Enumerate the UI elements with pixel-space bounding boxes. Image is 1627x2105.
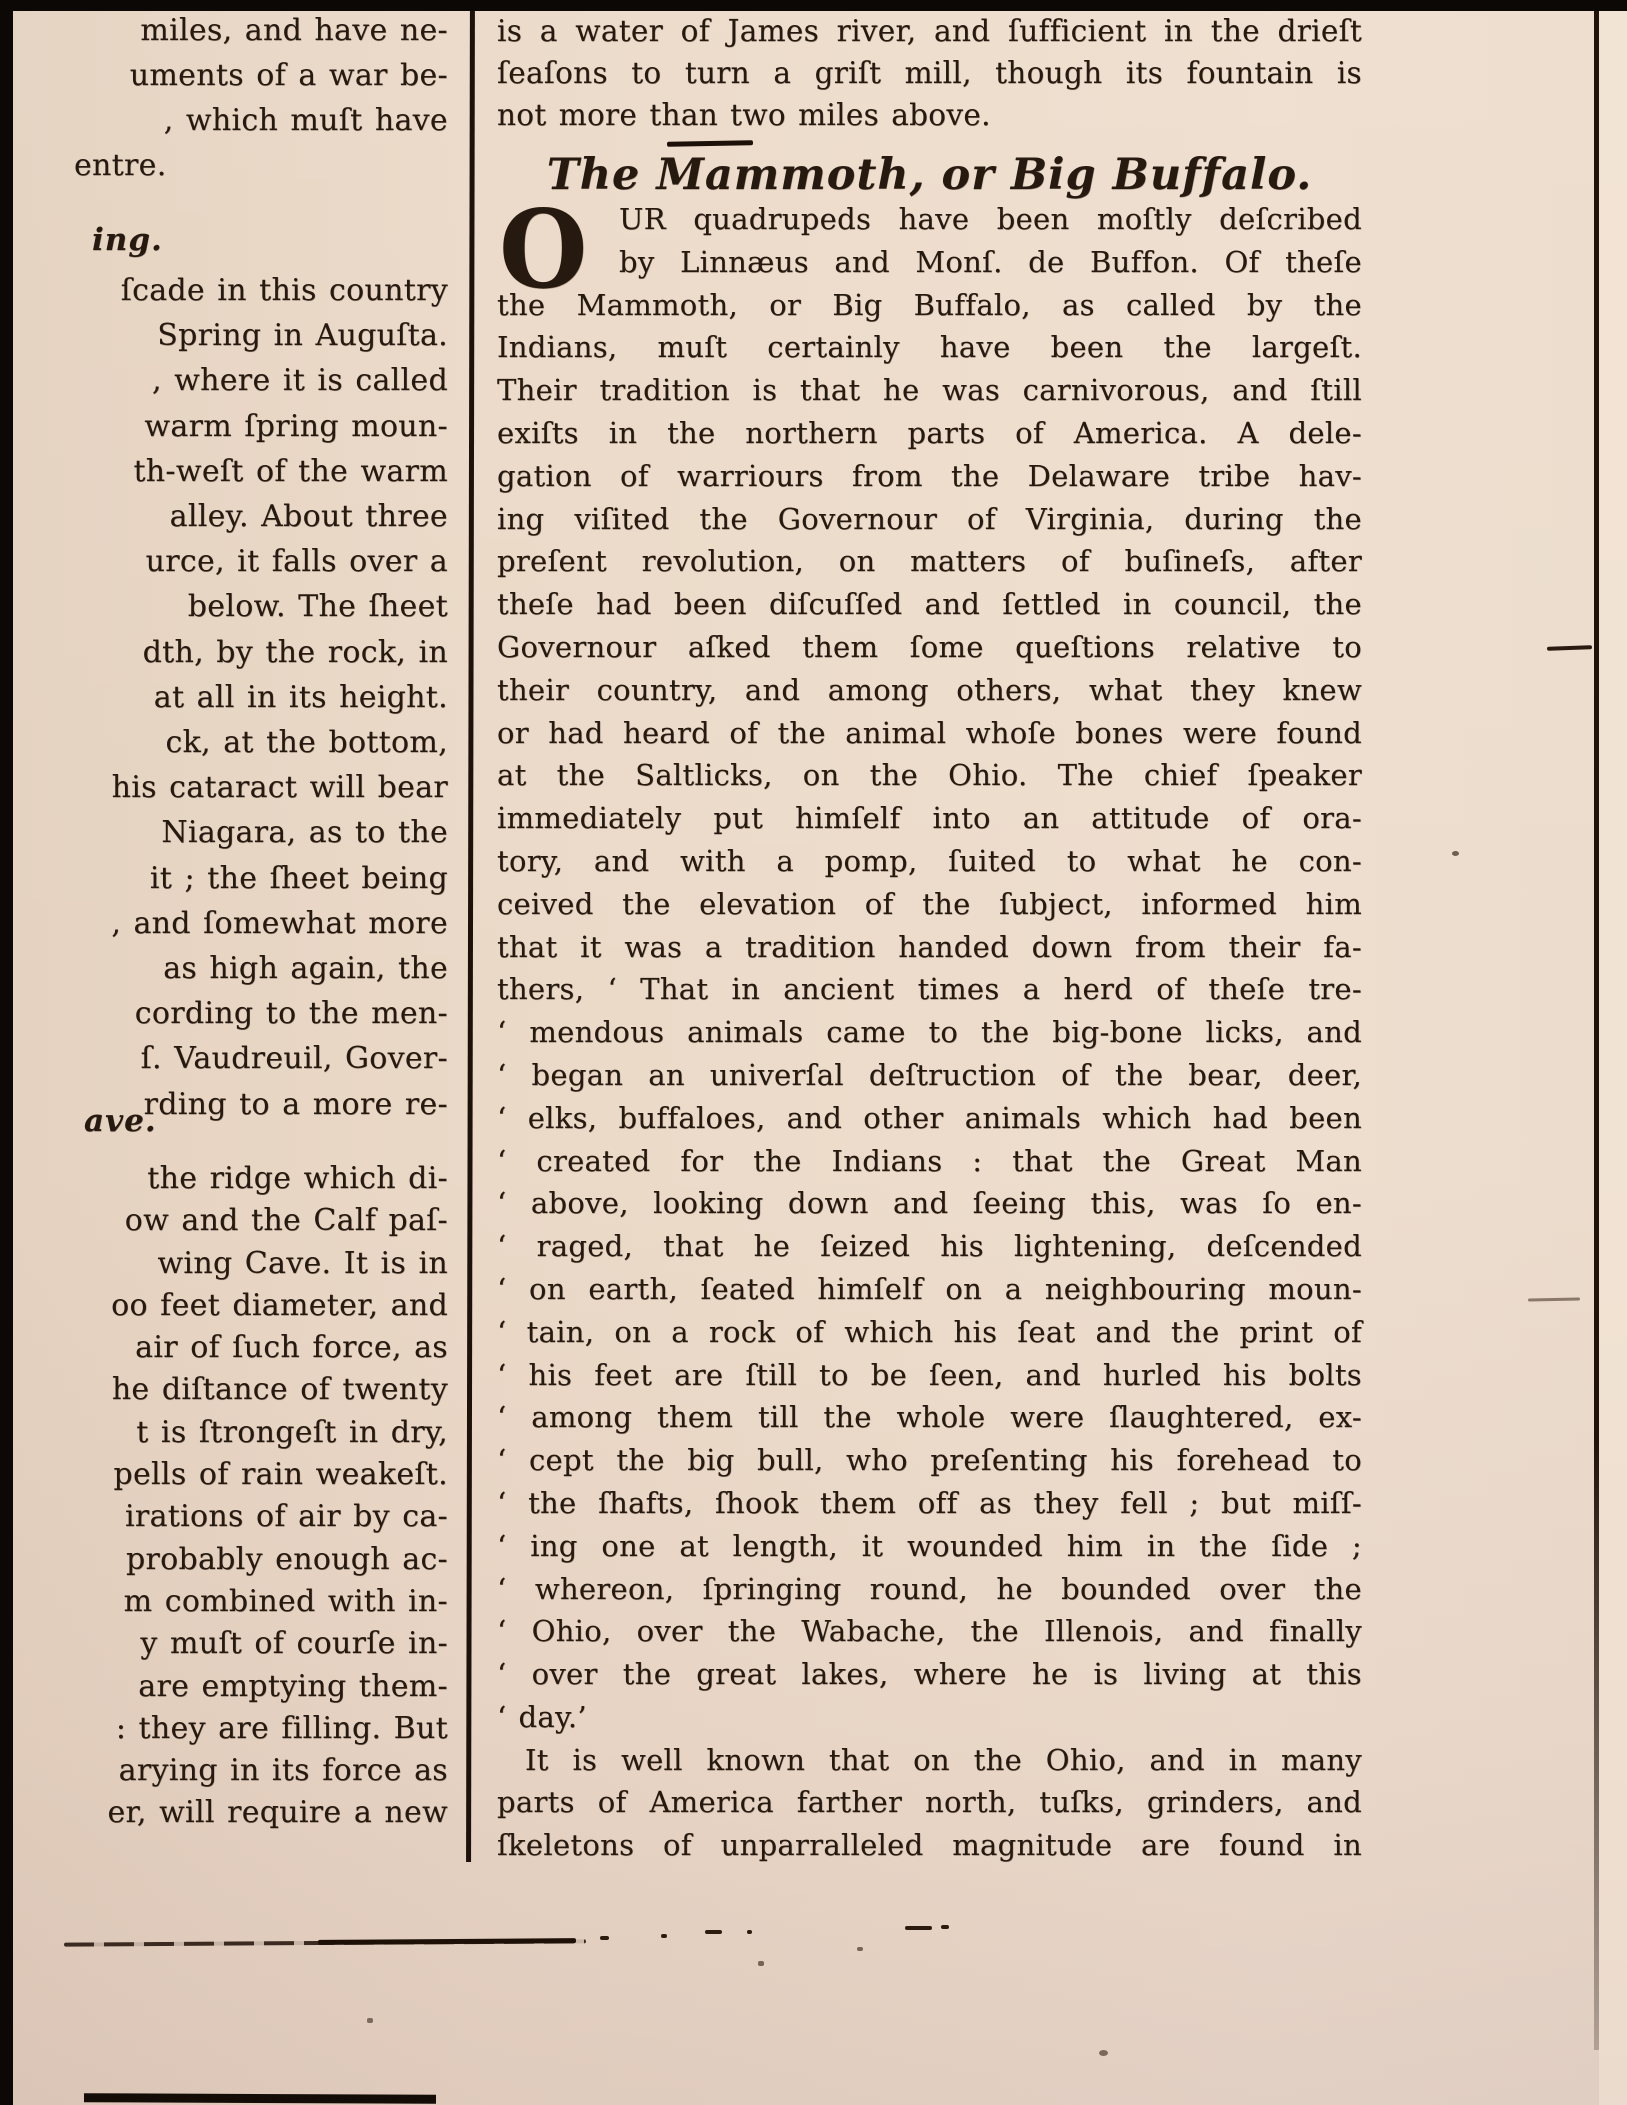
column-divider-rule [466, 0, 475, 1862]
text-line: ‘ above, looking down and ſeeing this, w… [497, 1182, 1362, 1225]
text-line: : they are filling. But [70, 1708, 448, 1750]
text-line: Spring in Auguſta. [70, 313, 448, 358]
text-line: ſcade in this country [70, 268, 448, 313]
ink-speck [747, 1930, 752, 1934]
text-line: , where it is called [70, 358, 448, 403]
text-line: urce, it falls over a [70, 539, 448, 584]
text-line: that it was a tradition handed down from… [497, 926, 1362, 969]
text-line: ‘ elks, buffaloes, and other animals whi… [497, 1097, 1362, 1140]
text-line: at the Saltlicks, on the Ohio. The chief… [497, 754, 1362, 797]
scan-border-top [0, 0, 1627, 11]
left-paragraph-3: the ridge which di-ow and the Calf paſ-w… [70, 1158, 448, 1835]
right-margin-rule [1594, 8, 1599, 2050]
text-line: ‘ his feet are ſtill to be ſeen, and hur… [497, 1354, 1362, 1397]
text-line: preſent revolution, on matters of buſine… [497, 540, 1362, 583]
text-line: gation of warriours from the Delaware tr… [497, 455, 1362, 498]
text-line: ceived the elevation of the ſubject, inf… [497, 883, 1362, 926]
margin-mark [1547, 645, 1592, 651]
text-line: cording to the men- [70, 991, 448, 1036]
scanned-page: miles, and have ne-uments of a war be-, … [0, 0, 1627, 2105]
text-line: ck, at the bottom, [70, 720, 448, 765]
text-line: Their tradition is that he was carnivoro… [497, 369, 1362, 412]
section-divider-rule [667, 140, 753, 147]
text-line: , which muſt have [70, 98, 448, 143]
text-line: ‘ the ſhafts, ſhook them off as they fel… [497, 1482, 1362, 1525]
text-line: or had heard of the animal whoſe bones w… [497, 712, 1362, 755]
text-line: ‘ whereon, ſpringing round, he bounded o… [497, 1568, 1362, 1611]
intro-paragraph: is a water of James river, and ſufficien… [497, 10, 1362, 136]
left-column: miles, and have ne-uments of a war be-, … [70, 0, 448, 1900]
text-line: ‘ tain, on a rock of which his ſeat and … [497, 1311, 1362, 1354]
right-paper-edge [1599, 11, 1627, 2105]
text-line: the ridge which di- [70, 1158, 448, 1200]
text-line: , and ſomewhat more [70, 901, 448, 946]
text-line: wing Cave. It is in [70, 1243, 448, 1285]
text-line: the Mammoth, or Big Buffalo, as called b… [497, 284, 1362, 327]
text-line: th-weſt of the warm [70, 449, 448, 494]
text-line: Governour aſked them ſome queſtions rela… [497, 626, 1362, 669]
text-line: ‘ Ohio, over the Wabache, the Illenois, … [497, 1610, 1362, 1653]
ink-speck [905, 1926, 932, 1930]
text-line: t is ſtrongeſt in dry, [70, 1412, 448, 1454]
text-line: oo feet diameter, and [70, 1285, 448, 1327]
text-line: arying in its force as [70, 1750, 448, 1792]
text-line: he diſtance of twenty [70, 1369, 448, 1411]
text-line: ‘ mendous animals came to the big-bone l… [497, 1011, 1362, 1054]
text-line: exiſts in the northern parts of America.… [497, 412, 1362, 455]
article-title: The Mammoth, or Big Buffalo. [497, 150, 1362, 200]
text-line: theſe had been diſcuſſed and ſettled in … [497, 583, 1362, 626]
text-line: ‘ began an univerſal deſtruction of the … [497, 1054, 1362, 1097]
text-line: uments of a war be- [70, 53, 448, 98]
text-line: below. The ſheet [70, 584, 448, 629]
scan-border-bottom [84, 2093, 436, 2104]
article-body: UR quadrupeds have been moſtly deſcribed… [497, 198, 1362, 1867]
left-paragraph-1: miles, and have ne-uments of a war be-, … [70, 8, 448, 188]
text-line: thers, ‘ That in ancient times a herd of… [497, 968, 1362, 1011]
scan-border-left [0, 0, 13, 2105]
text-line: ow and the Calf paſ- [70, 1200, 448, 1242]
text-line: irations of air by ca- [70, 1496, 448, 1538]
text-line: immediately put himſelf into an attitude… [497, 797, 1362, 840]
text-line: entre. [70, 143, 448, 188]
right-column: is a water of James river, and ſufficien… [497, 0, 1362, 1960]
text-line: pells of rain weakeſt. [70, 1454, 448, 1496]
text-line: m combined with in- [70, 1581, 448, 1623]
left-heading-1: ing. [70, 222, 470, 258]
text-line: ‘ among them till the whole were ſlaught… [497, 1396, 1362, 1439]
text-line: alley. About three [70, 494, 448, 539]
text-line: their country, and among others, what th… [497, 669, 1362, 712]
ink-speck [941, 1925, 949, 1929]
text-line: ‘ cept the big bull, who preſenting his … [497, 1439, 1362, 1482]
ink-speck [661, 1934, 667, 1938]
text-line: is a water of James river, and ſufficien… [497, 10, 1362, 52]
text-line: ‘ ing one at length, it wounded him in t… [497, 1525, 1362, 1568]
text-line: ſ. Vaudreuil, Gover- [70, 1036, 448, 1081]
text-line: miles, and have ne- [70, 8, 448, 53]
text-line: not more than two miles above. [497, 94, 1362, 136]
text-line: ſkeletons of unparralleled magnitude are… [497, 1824, 1362, 1867]
text-line: by Linnæus and Monſ. de Buffon. Of theſe [497, 241, 1362, 284]
text-line: ‘ on earth, ſeated himſelf on a neighbou… [497, 1268, 1362, 1311]
text-line: ‘ raged, that he ſeized his lightening, … [497, 1225, 1362, 1268]
left-paragraph-2: ſcade in this countrySpring in Auguſta.,… [70, 268, 448, 1127]
ink-speck [857, 1947, 863, 1951]
text-line: y muſt of courſe in- [70, 1623, 448, 1665]
text-line: probably enough ac- [70, 1539, 448, 1581]
text-line: Indians, muſt certainly have been the la… [497, 326, 1362, 369]
text-line: warm ſpring moun- [70, 404, 448, 449]
ink-speck [1099, 2050, 1108, 2056]
ink-speck [705, 1930, 722, 1934]
text-line: parts of America farther north, tuſks, g… [497, 1781, 1362, 1824]
text-line: er, will require a new [70, 1792, 448, 1834]
ink-speck [758, 1961, 764, 1966]
text-line: are emptying them- [70, 1666, 448, 1708]
text-line: Niagara, as to the [70, 810, 448, 855]
text-line: his cataract will bear [70, 765, 448, 810]
text-line: ſeaſons to turn a griſt mill, though its… [497, 52, 1362, 94]
text-line: at all in its height. [70, 675, 448, 720]
text-line: ing viſited the Governour of Virginia, d… [497, 498, 1362, 541]
ink-speck [367, 2018, 373, 2023]
text-line: it ; the ſheet being [70, 856, 448, 901]
ink-speck [600, 1936, 609, 1940]
text-line: ‘ over the great lakes, where he is livi… [497, 1653, 1362, 1696]
left-heading-2: ave. [70, 1103, 462, 1139]
ink-speck [1452, 851, 1459, 856]
text-line: UR quadrupeds have been moſtly deſcribed [497, 198, 1362, 241]
text-line: tory, and with a pomp, ſuited to what he… [497, 840, 1362, 883]
margin-mark [1528, 1297, 1580, 1301]
text-line: ‘ day.’ [497, 1696, 1362, 1739]
text-line: air of ſuch force, as [70, 1327, 448, 1369]
text-line: as high again, the [70, 946, 448, 991]
text-line: It is well known that on the Ohio, and i… [497, 1739, 1362, 1782]
text-line: dth, by the rock, in [70, 630, 448, 675]
text-line: ‘ created for the Indians : that the Gre… [497, 1140, 1362, 1183]
